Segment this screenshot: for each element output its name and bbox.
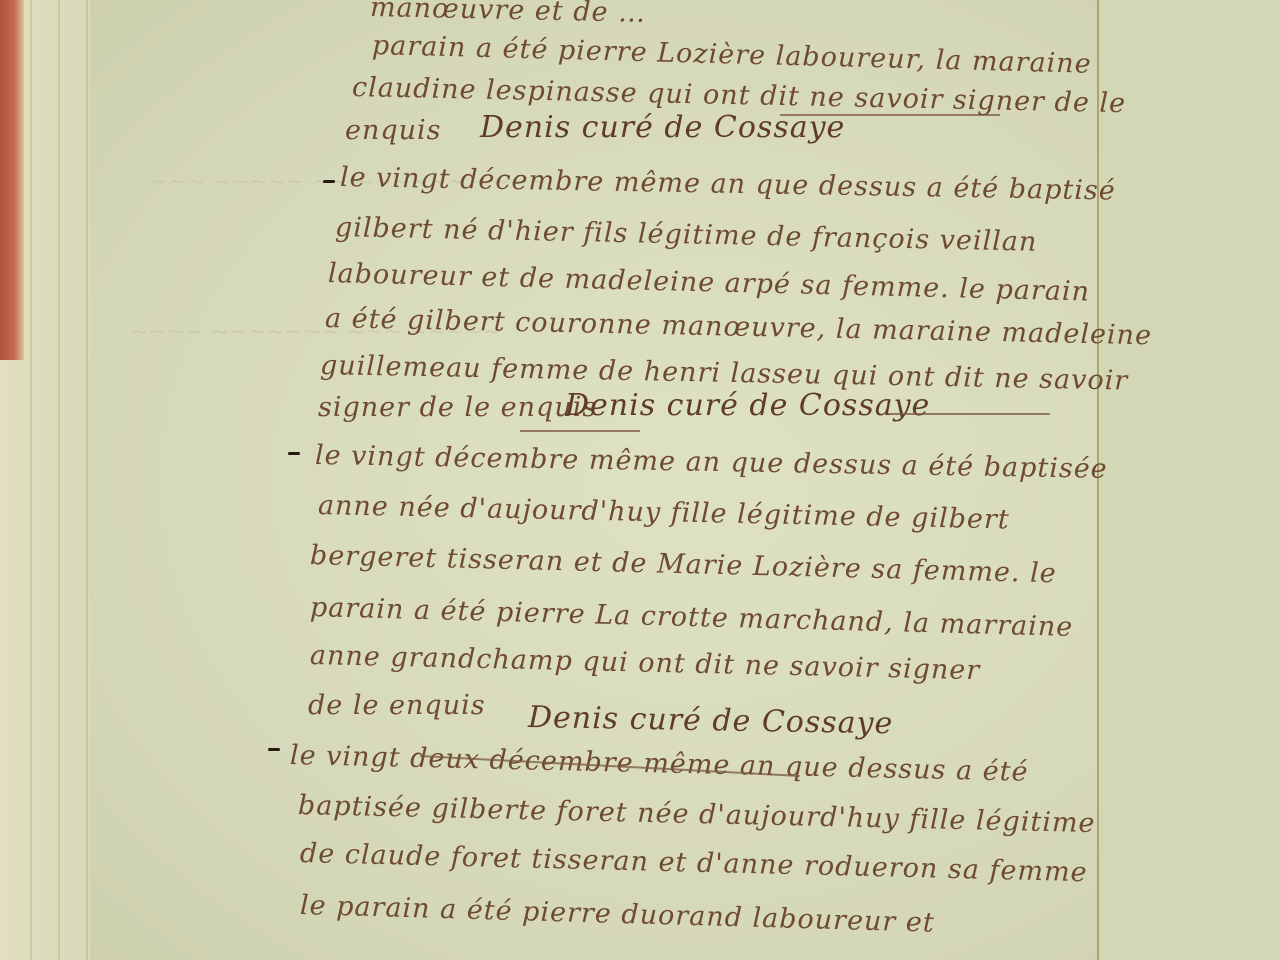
entry-line: de le enquis	[308, 690, 486, 721]
page-edge-line	[86, 0, 88, 960]
facing-page	[1100, 0, 1280, 960]
page-edge-line	[30, 0, 32, 960]
page-edge-line	[58, 0, 60, 960]
entry-marker-dash	[268, 748, 280, 751]
book-binding	[0, 0, 24, 360]
entry-line: signer de le enquis	[318, 392, 597, 423]
entry-line: enquis	[345, 115, 442, 146]
entry-marker-dash	[288, 452, 300, 455]
signature-underline	[520, 430, 640, 432]
entry-marker-dash	[323, 180, 335, 183]
priest-signature: Denis curé de Cossaye	[528, 700, 894, 741]
priest-signature: Denis curé de Cossaye	[565, 388, 930, 423]
signature-underline	[890, 413, 1050, 415]
signature-underline	[780, 114, 1000, 116]
